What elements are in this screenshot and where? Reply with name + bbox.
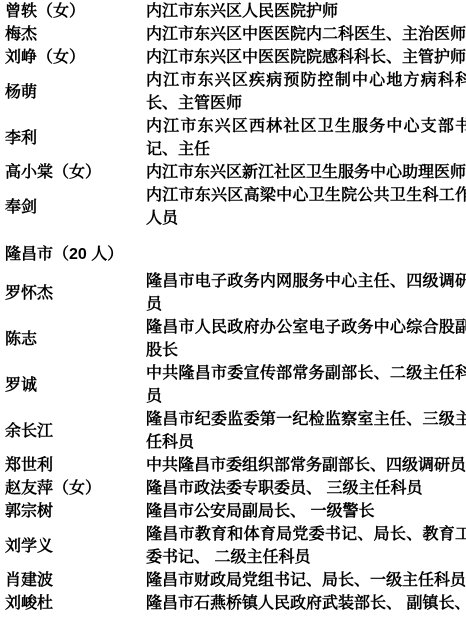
- person-name: 郭宗树: [0, 500, 146, 523]
- person-name: 刘峻杜: [0, 592, 146, 615]
- section-header-longchang: 隆昌市（20 人）: [0, 230, 466, 270]
- entry-row: 刘峥（女） 内江市东兴区中医医院院感科科长、主管护师: [0, 46, 466, 69]
- person-name: 刘学义: [0, 523, 146, 569]
- person-name: 李利: [0, 115, 146, 161]
- person-position: 内江市东兴区高梁中心卫生院公共卫生科工作人员: [146, 184, 466, 230]
- entry-row: 杨萌 内江市东兴区疾病预防控制中心地方病科科长、主管医师: [0, 69, 466, 115]
- person-position: 内江市东兴区人民医院护师: [146, 0, 466, 23]
- section-header-row: 隆昌市（20 人）: [0, 230, 466, 270]
- entry-row: 李利 内江市东兴区西林社区卫生服务中心支部书记、主任: [0, 115, 466, 161]
- person-name: 刘峥（女）: [0, 46, 146, 69]
- document-page: 曾轶（女） 内江市东兴区人民医院护师 梅杰 内江市东兴区中医医院内二科医生、主治…: [0, 0, 466, 615]
- personnel-roster-table: 曾轶（女） 内江市东兴区人民医院护师 梅杰 内江市东兴区中医医院内二科医生、主治…: [0, 0, 466, 615]
- person-name: 郑世利: [0, 454, 146, 477]
- person-position: 隆昌市人民政府办公室电子政务中心综合股副股长: [146, 316, 466, 362]
- person-position: 内江市东兴区西林社区卫生服务中心支部书记、主任: [146, 115, 466, 161]
- person-position: 中共隆昌市委组织部常务副部长、四级调研员: [146, 454, 466, 477]
- entry-row: 赵友萍（女） 隆昌市政法委专职委员、 三级主任科员: [0, 477, 466, 500]
- person-position: 内江市东兴区中医医院内二科医生、主治医师: [146, 23, 466, 46]
- entry-row: 刘峻杜 隆昌市石燕桥镇人民政府武装部长、 副镇长、: [0, 592, 466, 615]
- entry-row: 罗诚 中共隆昌市委宣传部常务副部长、二级主任科员: [0, 362, 466, 408]
- person-name: 奉剑: [0, 184, 146, 230]
- person-position: 中共隆昌市委宣传部常务副部长、二级主任科员: [146, 362, 466, 408]
- entry-row: 曾轶（女） 内江市东兴区人民医院护师: [0, 0, 466, 23]
- person-position: 隆昌市石燕桥镇人民政府武装部长、 副镇长、: [146, 592, 466, 615]
- person-name: 罗诚: [0, 362, 146, 408]
- entry-row: 梅杰 内江市东兴区中医医院内二科医生、主治医师: [0, 23, 466, 46]
- entry-row: 罗怀杰 隆昌市电子政务内网服务中心主任、四级调研员: [0, 270, 466, 316]
- person-position: 内江市东兴区中医医院院感科科长、主管护师: [146, 46, 466, 69]
- person-position: 隆昌市纪委监委第一纪检监察室主任、三级主任科员: [146, 408, 466, 454]
- person-name: 曾轶（女）: [0, 0, 146, 23]
- person-name: 肖建波: [0, 569, 146, 592]
- person-name: 陈志: [0, 316, 146, 362]
- entry-row: 郑世利 中共隆昌市委组织部常务副部长、四级调研员: [0, 454, 466, 477]
- entry-row: 肖建波 隆昌市财政局党组书记、局长、一级主任科员: [0, 569, 466, 592]
- entry-row: 郭宗树 隆昌市公安局副局长、 一级警长: [0, 500, 466, 523]
- person-position: 隆昌市政法委专职委员、 三级主任科员: [146, 477, 466, 500]
- person-position: 隆昌市公安局副局长、 一级警长: [146, 500, 466, 523]
- person-name: 赵友萍（女）: [0, 477, 146, 500]
- person-name: 梅杰: [0, 23, 146, 46]
- person-name: 余长江: [0, 408, 146, 454]
- person-position: 隆昌市财政局党组书记、局长、一级主任科员: [146, 569, 466, 592]
- person-position: 隆昌市教育和体育局党委书记、局长、教育工委书记、 二级主任科员: [146, 523, 466, 569]
- entry-row: 余长江 隆昌市纪委监委第一纪检监察室主任、三级主任科员: [0, 408, 466, 454]
- person-name: 罗怀杰: [0, 270, 146, 316]
- person-name: 高小棠（女）: [0, 161, 146, 184]
- person-position: 内江市东兴区新江社区卫生服务中心助理医师: [146, 161, 466, 184]
- entry-row: 陈志 隆昌市人民政府办公室电子政务中心综合股副股长: [0, 316, 466, 362]
- entry-row: 高小棠（女） 内江市东兴区新江社区卫生服务中心助理医师: [0, 161, 466, 184]
- entry-row: 刘学义 隆昌市教育和体育局党委书记、局长、教育工委书记、 二级主任科员: [0, 523, 466, 569]
- person-position: 隆昌市电子政务内网服务中心主任、四级调研员: [146, 270, 466, 316]
- entry-row: 奉剑 内江市东兴区高梁中心卫生院公共卫生科工作人员: [0, 184, 466, 230]
- person-position: 内江市东兴区疾病预防控制中心地方病科科长、主管医师: [146, 69, 466, 115]
- person-name: 杨萌: [0, 69, 146, 115]
